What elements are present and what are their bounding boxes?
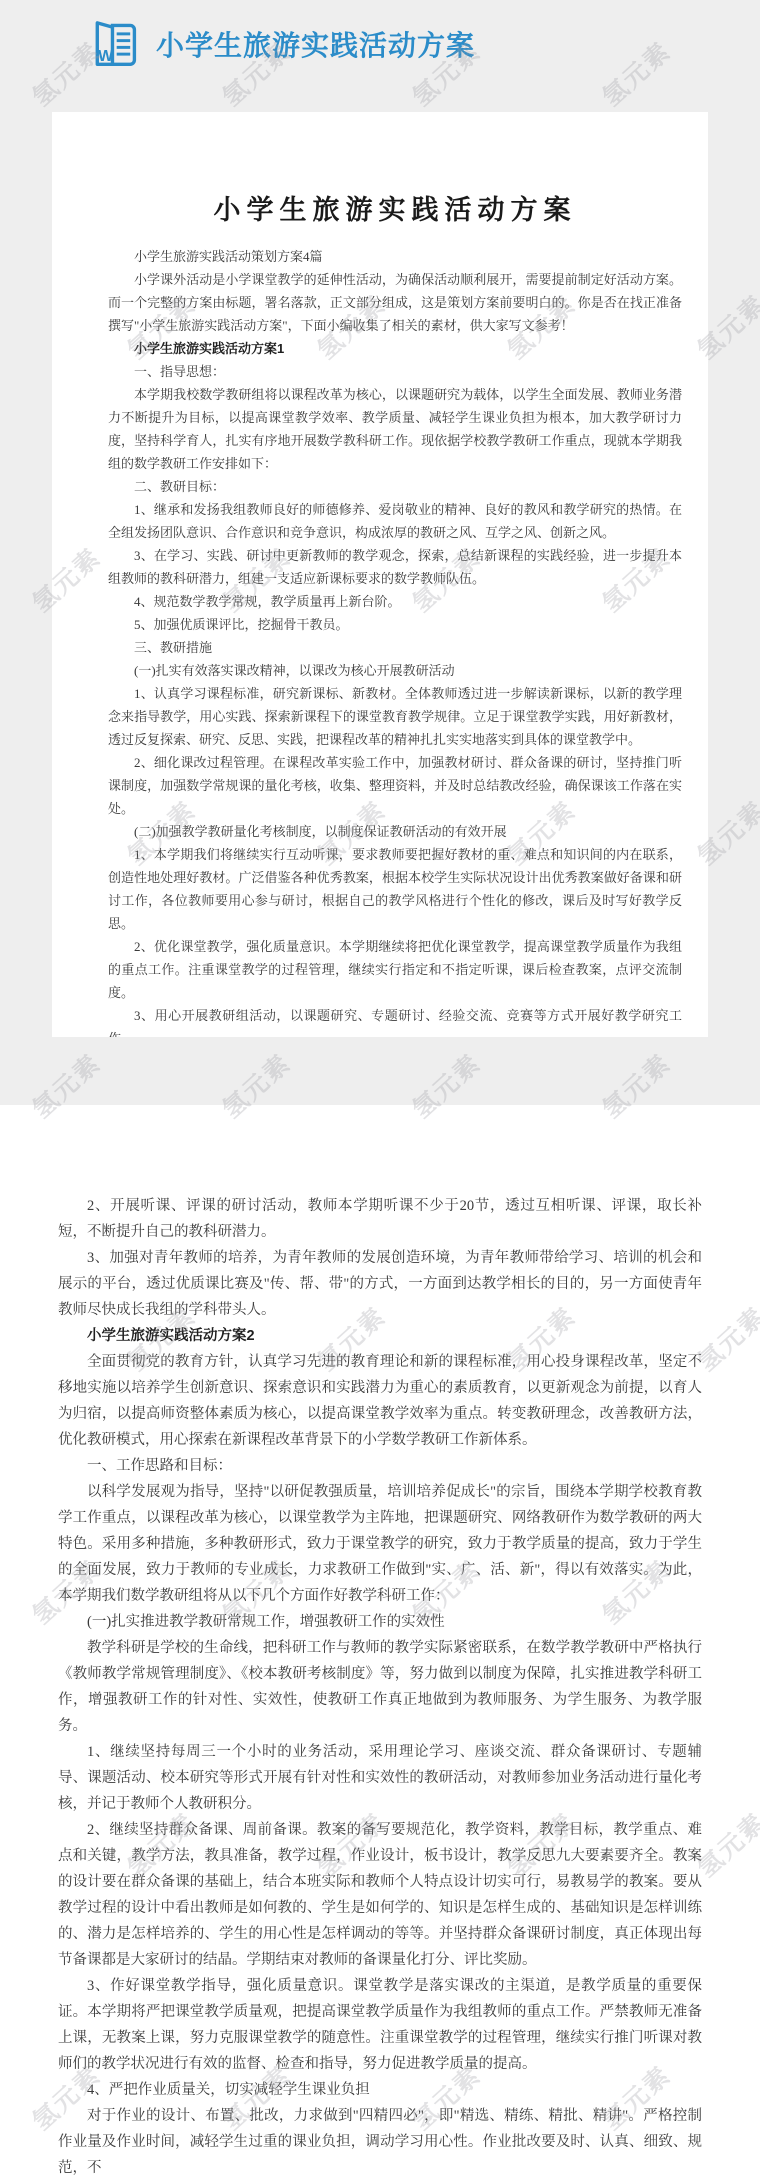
paragraph: 1、认真学习课程标准，研究新课标、新教材。全体教师透过进一步解读新课标，以新的教… [108,682,682,751]
page-1-content: 小学生旅游实践活动策划方案4篇小学课外活动是小学课堂教学的延伸性活动，为确保活动… [108,245,682,1037]
page-2-content: 2、开展听课、评课的研讨活动，教师本学期听课不少于20节，透过互相听课、评课，取… [58,1193,702,2178]
paragraph: 1、继承和发扬我组教师良好的师德修养、爱岗敬业的精神、良好的教风和教学研究的热情… [108,498,682,544]
paragraph: 本学期我校数学教研组将以课程改革为核心，以课题研究为载体，以学生全面发展、教师业… [108,383,682,475]
paragraph: 2、细化课改过程管理。在课程改革实验工作中，加强教材研讨、群众备课的研讨，坚持推… [108,751,682,820]
paragraph: 教学科研是学校的生命线，把科研工作与教师的教学实际紧密联系，在数学教学教研中严格… [58,1635,702,1739]
paragraph: 二、教研目标： [108,475,682,498]
paragraph: 1、本学期我们将继续实行互动听课，要求教师要把握好教材的重、难点和知识间的内在联… [108,843,682,935]
paragraph: 小学生旅游实践活动策划方案4篇 [108,245,682,268]
document-page-1: 小学生旅游实践活动方案 小学生旅游实践活动策划方案4篇小学课外活动是小学课堂教学… [52,112,708,1037]
paragraph: 2、继续坚持群众备课、周前备课。教案的备写要规范化，教学资料，教学目标，教学重点… [58,1817,702,1973]
paragraph: 对于作业的设计、布置、批改，力求做到"四精四必"，即"精选、精练、精批、精讲"。… [58,2103,702,2178]
paragraph: 5、加强优质课评比，挖掘骨干教员。 [108,613,682,636]
paragraph: 2、优化课堂教学，强化质量意识。本学期继续将把优化课堂教学，提高课堂教学质量作为… [108,935,682,1004]
paragraph: 3、用心开展教研组活动，以课题研究、专题研讨、经验交流、竞赛等方式开展好教学研究… [108,1004,682,1037]
paragraph: 全面贯彻党的教育方针，认真学习先进的教育理论和新的课程标准，用心投身课程改革，坚… [58,1349,702,1453]
svg-text:W: W [98,47,114,65]
paragraph: 三、教研措施 [108,636,682,659]
paragraph: 2、开展听课、评课的研讨活动，教师本学期听课不少于20节，透过互相听课、评课，取… [58,1193,702,1245]
document-page-2: 2、开展听课、评课的研讨活动，教师本学期听课不少于20节，透过互相听课、评课，取… [0,1105,760,2178]
paragraph: 3、作好课堂教学指导，强化质量意识。课堂教学是落实课改的主渠道，是教学质量的重要… [58,1973,702,2077]
paragraph: (二)加强教学教研量化考核制度，以制度保证教研活动的有效开展 [108,820,682,843]
paragraph: 3、加强对青年教师的培养，为青年教师的发展创造环境，为青年教师带给学习、培训的机… [58,1245,702,1323]
paragraph: 小学生旅游实践活动方案2 [58,1323,702,1349]
site-title: 小学生旅游实践活动方案 [156,24,475,64]
paragraph: 小学生旅游实践活动方案1 [108,337,682,360]
paragraph: 一、工作思路和目标： [58,1453,702,1479]
paragraph: (一)扎实推进教学教研常规工作，增强教研工作的实效性 [58,1609,702,1635]
paragraph: 4、规范数学教学常规，教学质量再上新台阶。 [108,590,682,613]
paragraph: (一)扎实有效落实课改精神，以课改为核心开展教研活动 [108,659,682,682]
word-document-icon: W [88,17,142,71]
paragraph: 以科学发展观为指导，坚持"以研促教强质量，培训培养促成长"的宗旨，围绕本学期学校… [58,1479,702,1609]
paragraph: 4、严把作业质量关，切实减轻学生课业负担 [58,2077,702,2103]
paragraph: 3、在学习、实践、研讨中更新教师的教学观念，探索，总结新课程的实践经验，进一步提… [108,544,682,590]
paragraph: 小学课外活动是小学课堂教学的延伸性活动，为确保活动顺利展开，需要提前制定好活动方… [108,268,682,337]
paragraph: 1、继续坚持每周三一个小时的业务活动，采用理论学习、座谈交流、群众备课研讨、专题… [58,1739,702,1817]
document-title: 小学生旅游实践活动方案 [108,188,682,227]
site-header: W 小学生旅游实践活动方案 [0,0,760,88]
paragraph: 一、指导思想： [108,360,682,383]
